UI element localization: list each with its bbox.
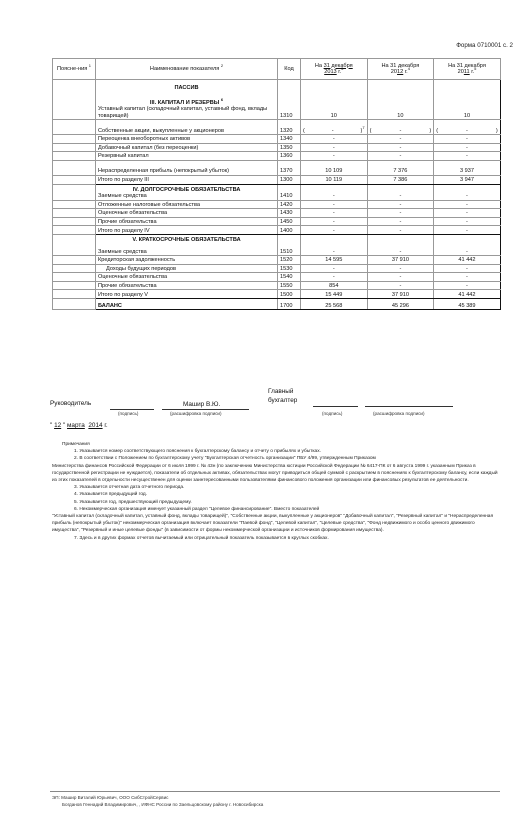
balance-total-row: БАЛАНС170025 56845 29645 389	[53, 299, 501, 310]
table-row: Нераспределенная прибыль (непокрытый убы…	[53, 160, 501, 175]
head-name-line	[162, 409, 249, 410]
value-cell: 15 449	[301, 290, 368, 299]
indicator-name: V. КРАТКОСРОЧНЫЕ ОБЯЗАТЕЛЬСТВАЗаемные ср…	[96, 235, 278, 256]
explanation-cell	[53, 226, 96, 235]
indicator-name: IV. ДОЛГОСРОЧНЫЕ ОБЯЗАТЕЛЬСТВАЗаемные ср…	[96, 184, 278, 200]
value-cell: 10 119	[301, 175, 368, 184]
code-cell: 1300	[278, 175, 301, 184]
row-label: Заемные средства	[98, 193, 147, 199]
value-cell: (-)	[367, 120, 434, 135]
indicator-name: Нераспределенная прибыль (непокрытый убы…	[96, 160, 278, 175]
row-label: Отложенные налоговые обязательства	[98, 202, 200, 208]
value-cell: 45 389	[434, 299, 501, 310]
indicator-name: Прочие обязательства	[96, 281, 278, 290]
indicator-name: Резервный капитал	[96, 152, 278, 161]
value-cell: -	[434, 200, 501, 209]
note-item: Министерства финансов Российской Федерац…	[52, 463, 498, 485]
explanation-cell	[53, 290, 96, 299]
explanation-cell	[53, 217, 96, 226]
value-cell: -	[301, 226, 368, 235]
table-row: Кредиторская задолженность152014 59537 9…	[53, 256, 501, 265]
header-explanations: Поясне-ния 1	[53, 59, 96, 80]
indicator-name: Собственные акции, выкупленные у акционе…	[96, 120, 278, 135]
value-cell: (-)7	[301, 120, 368, 135]
head-label: Руководитель	[50, 400, 91, 407]
code-cell: 1700	[278, 299, 301, 310]
explanation-cell	[53, 299, 96, 310]
header-col-2012: На 31 декабря 2012 г.4	[367, 59, 434, 80]
table-row: Оценочные обязательства1540---	[53, 273, 501, 282]
value-cell: -	[301, 217, 368, 226]
value-cell: -	[301, 184, 368, 200]
note-item: 3. Указывается отчетная дата отчетного п…	[52, 484, 498, 491]
code-cell: 1360	[278, 152, 301, 161]
indicator-name: Итого по разделу III	[96, 175, 278, 184]
row-label: Прочие обязательства	[98, 283, 157, 289]
value-cell: -	[434, 226, 501, 235]
explanation-cell	[53, 184, 96, 200]
indicator-name: Итого по разделу IV	[96, 226, 278, 235]
value-cell: -	[367, 226, 434, 235]
row-label: Собственные акции, выкупленные у акционе…	[98, 128, 224, 134]
row-label: Оценочные обязательства	[98, 274, 167, 280]
value-cell: -	[301, 200, 368, 209]
value-cell: -	[301, 143, 368, 152]
value-cell: -	[367, 281, 434, 290]
indicator-name: Отложенные налоговые обязательства	[96, 200, 278, 209]
indicator-name: Переоценка внеоборотных активов	[96, 135, 278, 144]
value-cell: -	[301, 264, 368, 273]
code-cell: 1420	[278, 200, 301, 209]
explanation-cell	[53, 120, 96, 135]
row-label: Доходы будущих периодов	[106, 266, 176, 272]
accountant-label-2: бухгалтер	[268, 397, 297, 404]
value-cell: 7 386	[367, 175, 434, 184]
indicator-name: Добавочный капитал (без переоценки)	[96, 143, 278, 152]
value-cell: -	[434, 273, 501, 282]
row-label: Итого по разделу IV	[98, 228, 150, 234]
table-row: Резервный капитал1360---	[53, 152, 501, 161]
notes-block: Примечания 1. Указывается номер соответс…	[52, 441, 498, 542]
code-cell: 1370	[278, 160, 301, 175]
row-label: Переоценка внеоборотных активов	[98, 136, 190, 142]
header-indicator-name: Наименование показателя 2	[96, 59, 278, 80]
indicator-name: Оценочные обязательства	[96, 273, 278, 282]
indicator-name: Доходы будущих периодов	[96, 264, 278, 273]
indicator-name: БАЛАНС	[96, 299, 278, 310]
value-cell: -	[367, 217, 434, 226]
row-label: Прочие обязательства	[98, 219, 157, 225]
header-col-2013: На 31 декабря 2013 г.3	[301, 59, 368, 80]
row-label: Уставный капитал (складочный капитал, ус…	[98, 106, 267, 118]
row-label: Заемные средства	[98, 249, 147, 255]
explanation-cell	[53, 264, 96, 273]
row-label: БАЛАНС	[98, 303, 122, 309]
value-cell: -	[367, 264, 434, 273]
explanation-cell	[53, 281, 96, 290]
code-cell: 1510	[278, 235, 301, 256]
value-cell: 41 442	[434, 290, 501, 299]
value-cell: 3 947	[434, 175, 501, 184]
footer-divider	[50, 791, 500, 792]
note-item: 2. В соответствии с Положением по бухгал…	[52, 455, 498, 462]
value-cell: -	[434, 184, 501, 200]
value-cell: -	[367, 209, 434, 218]
indicator-name: Оценочные обязательства	[96, 209, 278, 218]
accountant-signature-caption: (подпись)	[322, 411, 342, 416]
value-cell: -	[367, 135, 434, 144]
value-cell: 37 910	[367, 290, 434, 299]
value-cell: 10 109	[301, 160, 368, 175]
code-cell: 1520	[278, 256, 301, 265]
value-cell: -	[434, 235, 501, 256]
value-cell: 25 568	[301, 299, 368, 310]
value-cell: -	[301, 152, 368, 161]
row-label: Итого по разделу V	[98, 292, 148, 298]
code-cell: 1430	[278, 209, 301, 218]
note-item: 5. Указывается год, предшествующий преды…	[52, 499, 498, 506]
row-label: Итого по разделу III	[98, 177, 149, 183]
table-row: Оценочные обязательства1430---	[53, 209, 501, 218]
code-cell: 1350	[278, 143, 301, 152]
value-cell: 45 296	[367, 299, 434, 310]
explanation-cell	[53, 160, 96, 175]
header-col-2011: На 31 декабря 2011 г.5	[434, 59, 501, 80]
value-cell: -	[367, 143, 434, 152]
value-cell: 7 376	[367, 160, 434, 175]
table-row: IV. ДОЛГОСРОЧНЫЕ ОБЯЗАТЕЛЬСТВАЗаемные ср…	[53, 184, 501, 200]
indicator-name: Итого по разделу V	[96, 290, 278, 299]
footer-signer-1: ЭП: Машир Виталий Юрьевич, ООО СибСтройС…	[52, 794, 263, 801]
code-cell: 1310	[278, 80, 301, 120]
value-cell: -	[434, 281, 501, 290]
accountant-name-line	[365, 406, 453, 407]
table-row: Прочие обязательства1550854--	[53, 281, 501, 290]
explanation-cell	[53, 273, 96, 282]
code-cell: 1540	[278, 273, 301, 282]
value-cell: 854	[301, 281, 368, 290]
explanation-cell	[53, 209, 96, 218]
table-row: Доходы будущих периодов1530---	[53, 264, 501, 273]
indicator-name: ПАССИВIII. КАПИТАЛ И РЕЗЕРВЫ 6Уставный к…	[96, 80, 278, 120]
note-item: 4. Указывается предыдущий год.	[52, 491, 498, 498]
indicator-name: Кредиторская задолженность	[96, 256, 278, 265]
header-code: Код	[278, 59, 301, 80]
head-signature-line	[110, 409, 154, 410]
value-cell: -	[434, 143, 501, 152]
value-cell: -	[434, 209, 501, 218]
value-cell: 10	[434, 80, 501, 120]
table-row: ПАССИВIII. КАПИТАЛ И РЕЗЕРВЫ 6Уставный к…	[53, 80, 501, 120]
explanation-cell	[53, 235, 96, 256]
accountant-signature-line	[313, 406, 358, 407]
code-cell: 1530	[278, 264, 301, 273]
value-cell: -	[301, 209, 368, 218]
code-cell: 1400	[278, 226, 301, 235]
row-label: Оценочные обязательства	[98, 210, 167, 216]
value-cell: -	[301, 235, 368, 256]
value-cell: -	[367, 152, 434, 161]
head-name: Машир В.Ю.	[183, 401, 220, 408]
value-cell: -	[301, 135, 368, 144]
section-total-row: Итого по разделу V150015 44937 91041 442	[53, 290, 501, 299]
table-row: Отложенные налоговые обязательства1420--…	[53, 200, 501, 209]
value-cell: -	[367, 200, 434, 209]
value-cell: -	[434, 152, 501, 161]
table-row: Переоценка внеоборотных активов1340---	[53, 135, 501, 144]
code-cell: 1500	[278, 290, 301, 299]
passiv-title: ПАССИВ	[98, 85, 275, 91]
code-cell: 1550	[278, 281, 301, 290]
value-cell: -	[434, 264, 501, 273]
footer-signer-2: Богданов Геннадий Владимирович, , ИФНС Р…	[52, 801, 263, 808]
value-cell: 3 937	[434, 160, 501, 175]
explanation-cell	[53, 200, 96, 209]
explanation-cell	[53, 143, 96, 152]
row-label: Добавочный капитал (без переоценки)	[98, 145, 198, 151]
explanation-cell	[53, 152, 96, 161]
table-row: Добавочный капитал (без переоценки)1350-…	[53, 143, 501, 152]
head-signature-caption: (подпись)	[118, 411, 138, 416]
value-cell: 41 442	[434, 256, 501, 265]
table-row: V. КРАТКОСРОЧНЫЕ ОБЯЗАТЕЛЬСТВАЗаемные ср…	[53, 235, 501, 256]
value-cell: -	[367, 235, 434, 256]
form-code: Форма 0710001 с. 2	[456, 42, 513, 49]
row-label: Резервный капитал	[98, 153, 149, 159]
row-label: Нераспределенная прибыль (непокрытый убы…	[98, 168, 229, 174]
balance-sheet-table: Поясне-ния 1 Наименование показателя 2 К…	[52, 58, 501, 310]
indicator-name: Прочие обязательства	[96, 217, 278, 226]
section-total-row: Итого по разделу IV1400---	[53, 226, 501, 235]
value-cell: -	[367, 184, 434, 200]
table-header-row: Поясне-ния 1 Наименование показателя 2 К…	[53, 59, 501, 80]
explanation-cell	[53, 256, 96, 265]
head-decode-caption: (расшифровка подписи)	[170, 411, 222, 416]
value-cell: 10	[367, 80, 434, 120]
e-signature-footer: ЭП: Машир Виталий Юрьевич, ООО СибСтройС…	[52, 794, 263, 808]
value-cell: -	[434, 135, 501, 144]
table-row: Собственные акции, выкупленные у акционе…	[53, 120, 501, 135]
explanation-cell	[53, 135, 96, 144]
section-5-title: V. КРАТКОСРОЧНЫЕ ОБЯЗАТЕЛЬСТВА	[98, 237, 275, 243]
value-cell: 37 910	[367, 256, 434, 265]
accountant-decode-caption: (расшифровка подписи)	[373, 411, 425, 416]
value-cell: (-)	[434, 120, 501, 135]
note-item: 6. Некоммерческая организация именует ук…	[52, 506, 498, 513]
section-total-row: Итого по разделу III130010 1197 3863 947	[53, 175, 501, 184]
code-cell: 1410	[278, 184, 301, 200]
note-item: 1. Указывается номер соответствующего по…	[52, 448, 498, 455]
accountant-label-1: Главный	[268, 388, 293, 395]
report-date: " 12 " марта 2014 г.	[50, 422, 108, 429]
explanation-cell	[53, 80, 96, 120]
note-item: "Уставный капитал (складочный капитал, у…	[52, 513, 498, 535]
value-cell: -	[434, 217, 501, 226]
row-label: Кредиторская задолженность	[98, 257, 175, 263]
code-cell: 1320	[278, 120, 301, 135]
code-cell: 1450	[278, 217, 301, 226]
value-cell: -	[367, 273, 434, 282]
code-cell: 1340	[278, 135, 301, 144]
notes-title: Примечания	[52, 441, 498, 448]
value-cell: 10	[301, 80, 368, 120]
value-cell: 14 595	[301, 256, 368, 265]
value-cell: -	[301, 273, 368, 282]
explanation-cell	[53, 175, 96, 184]
table-row: Прочие обязательства1450---	[53, 217, 501, 226]
note-item: 7. Здесь и в других формах отчетов вычит…	[52, 535, 498, 542]
